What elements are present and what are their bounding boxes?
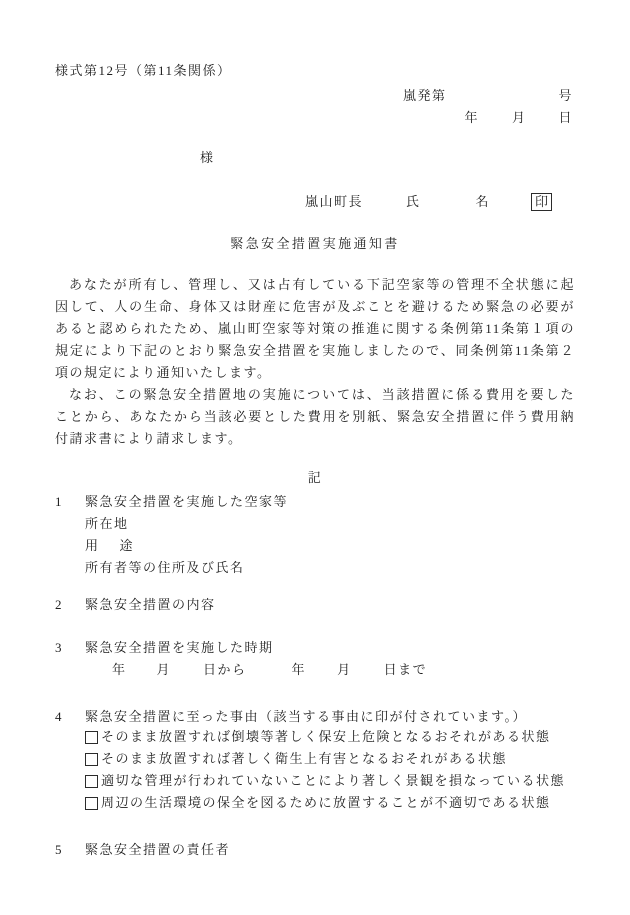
checkbox-icon xyxy=(85,775,98,788)
section-item-3: 3 緊急安全措置を実施した時期 xyxy=(55,637,274,659)
ki-heading: 記 xyxy=(0,469,630,486)
reason-row: そのまま放置すれば著しく衛生上有害となるおそれがある状態 xyxy=(85,748,565,770)
date-month-label: 月 xyxy=(512,110,527,125)
use-label: 用途 xyxy=(55,535,288,557)
item-label: 緊急安全措置を実施した空家等 xyxy=(85,491,288,513)
checkbox-icon xyxy=(85,731,98,744)
reason-text: 適切な管理が行われていないことにより著しく景観を損なっている状態 xyxy=(101,770,565,792)
doc-number-suffix: 号 xyxy=(558,88,573,103)
checkbox-icon xyxy=(85,797,98,810)
section-item-2: 2 緊急安全措置の内容 xyxy=(55,594,216,616)
sender-line: 嵐山町長氏名印 xyxy=(305,193,552,211)
page-title: 緊急安全措置実施通知書 xyxy=(0,235,630,252)
from-year-label: 年 xyxy=(112,662,127,677)
item-number: 3 xyxy=(55,637,85,659)
paragraph-notice: あなたが所有し、管理し、又は占有している下記空家等の管理不全状態に起因して、人の… xyxy=(55,274,575,384)
period-line: 年月日から年月日まで xyxy=(112,661,427,678)
section-item-4: 4 緊急安全措置に至った事由（該当する事由に印が付されています。） xyxy=(55,706,527,728)
date-year-label: 年 xyxy=(464,110,479,125)
item-number: 5 xyxy=(55,839,85,861)
form-number: 様式第12号（第11条関係） xyxy=(55,62,232,79)
item-label: 緊急安全措置を実施した時期 xyxy=(85,637,274,659)
item-label: 緊急安全措置の内容 xyxy=(85,594,216,616)
reason-row: 周辺の生活環境の保全を図るために放置することが不適切である状態 xyxy=(85,792,565,814)
doc-number-line: 嵐発第号 xyxy=(403,87,573,104)
checkbox-icon xyxy=(85,753,98,766)
to-day-label: 日まで xyxy=(384,662,428,677)
location-label: 所在地 xyxy=(55,513,288,535)
item-number: 2 xyxy=(55,594,85,616)
owner-label: 所有者等の住所及び氏名 xyxy=(55,557,288,579)
sender-title: 嵐山町長 xyxy=(305,194,363,209)
addressee-honorific: 様 xyxy=(200,149,215,166)
reason-row: 適切な管理が行われていないことにより著しく景観を損なっている状態 xyxy=(85,770,565,792)
seal-mark: 印 xyxy=(531,193,552,211)
doc-number-prefix: 嵐発第 xyxy=(403,88,447,103)
reason-text: そのまま放置すれば著しく衛生上有害となるおそれがある状態 xyxy=(101,748,507,770)
from-day-label: 日から xyxy=(203,662,247,677)
to-month-label: 月 xyxy=(337,662,352,677)
from-month-label: 月 xyxy=(157,662,172,677)
item-label: 緊急安全措置に至った事由（該当する事由に印が付されています。） xyxy=(85,706,527,728)
date-day-label: 日 xyxy=(558,110,573,125)
date-line: 年月日 xyxy=(464,109,573,126)
sender-name-label-1: 氏 xyxy=(406,194,421,209)
item-number: 1 xyxy=(55,491,85,513)
reason-text: 周辺の生活環境の保全を図るために放置することが不適切である状態 xyxy=(101,792,551,814)
section-item-5: 5 緊急安全措置の責任者 xyxy=(55,839,230,861)
item-number: 4 xyxy=(55,706,85,728)
item-label: 緊急安全措置の責任者 xyxy=(85,839,230,861)
document-page: 様式第12号（第11条関係） 嵐発第号 年月日 様 嵐山町長氏名印 緊急安全措置… xyxy=(0,0,630,915)
paragraph-cost: なお、この緊急安全措置地の実施については、当該措置に係る費用を要したことから、あ… xyxy=(55,384,575,450)
sender-name-label-2: 名 xyxy=(476,194,491,209)
section-item-1: 1 緊急安全措置を実施した空家等 所在地 用途 所有者等の住所及び氏名 xyxy=(55,491,288,579)
body-paragraphs: あなたが所有し、管理し、又は占有している下記空家等の管理不全状態に起因して、人の… xyxy=(55,274,575,450)
to-year-label: 年 xyxy=(292,662,307,677)
reason-row: そのまま放置すれば倒壊等著しく保安上危険となるおそれがある状態 xyxy=(85,726,565,748)
reason-text: そのまま放置すれば倒壊等著しく保安上危険となるおそれがある状態 xyxy=(101,726,551,748)
reason-list: そのまま放置すれば倒壊等著しく保安上危険となるおそれがある状態 そのまま放置すれ… xyxy=(85,726,565,814)
